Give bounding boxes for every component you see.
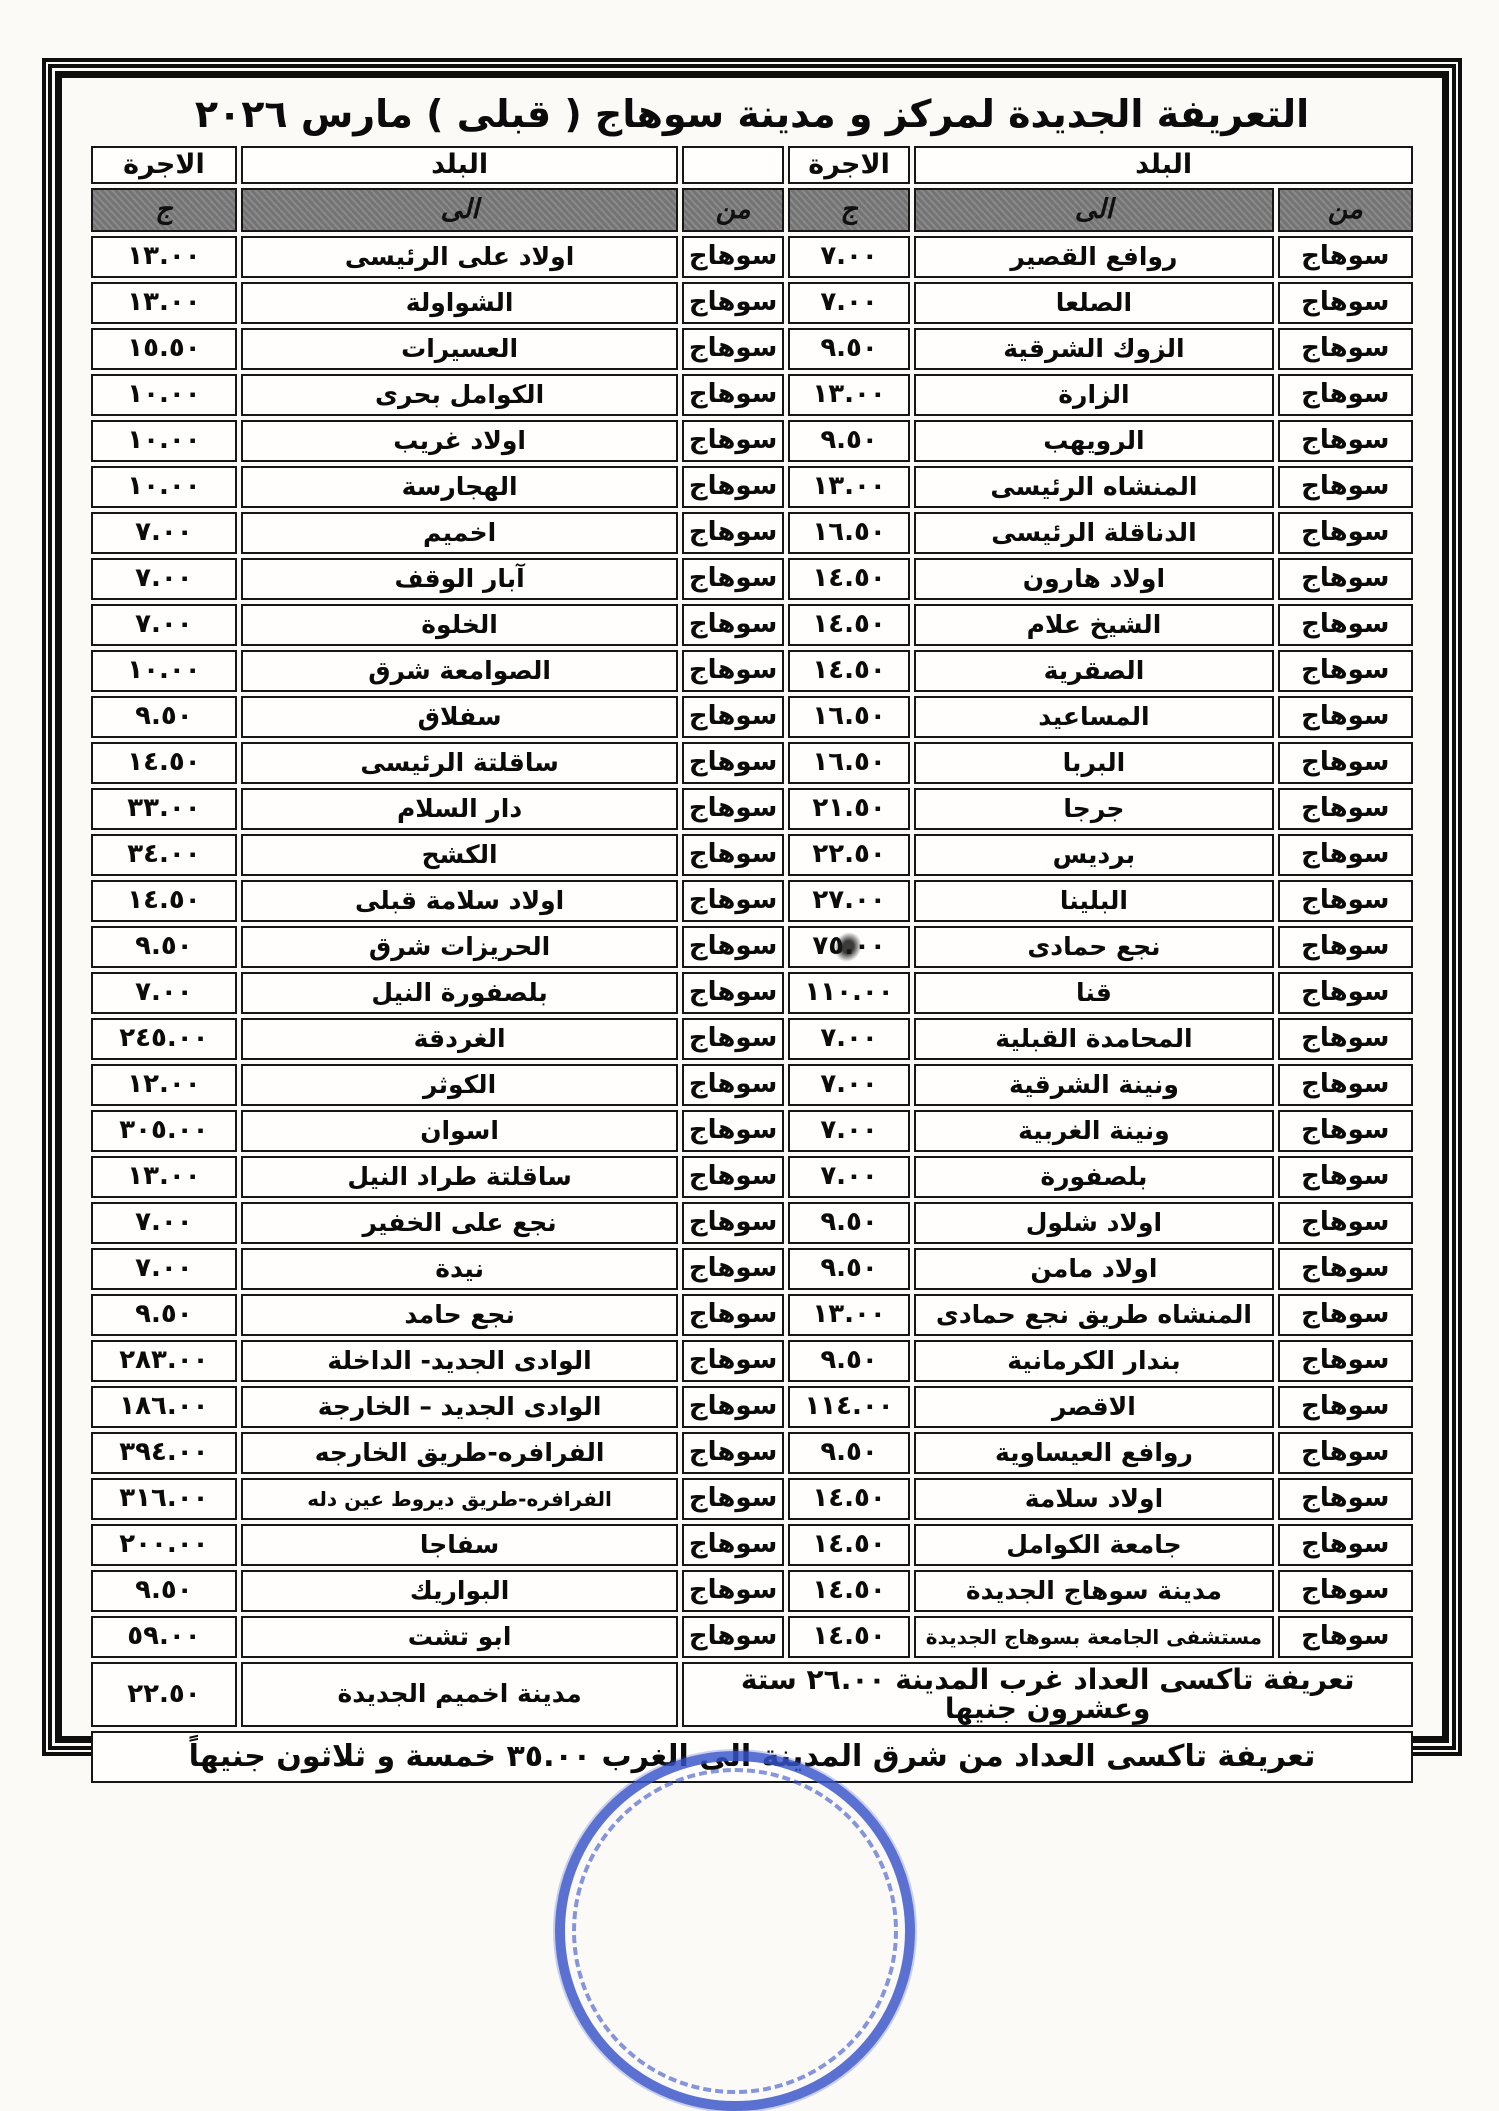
to-cell: سفلاق xyxy=(241,696,678,738)
to-cell: اسوان xyxy=(241,1110,678,1152)
fare-cell: ١٤.٥٠ xyxy=(788,558,910,600)
to-cell: اولاد على الرئيسى xyxy=(241,236,678,278)
fare-cell: ٧.٠٠ xyxy=(788,1064,910,1106)
to-cell: مستشفى الجامعة بسوهاج الجديدة xyxy=(914,1616,1273,1658)
table-row: سوهاجالاقصر١١٤.٠٠سوهاجالوادى الجديد – ال… xyxy=(91,1386,1413,1428)
west-note-row: تعريفة تاكسى العداد غرب المدينة ٢٦.٠٠ ست… xyxy=(91,1662,1413,1727)
table-row: سوهاجالصلعا٧.٠٠سوهاجالشواولة١٣.٠٠ xyxy=(91,282,1413,324)
fare-cell: ٧.٠٠ xyxy=(788,236,910,278)
table-row: سوهاجالبلينا٢٧.٠٠سوهاجاولاد سلامة قبلى١٤… xyxy=(91,880,1413,922)
from-cell: سوهاج xyxy=(682,1524,784,1566)
to-cell: اولاد غريب xyxy=(241,420,678,462)
to-cell: اولاد سلامة xyxy=(914,1478,1273,1520)
table-row: سوهاجالمحامدة القبلية٧.٠٠سوهاجالغردقة٢٤٥… xyxy=(91,1018,1413,1060)
to-cell: نجع حمادى xyxy=(914,926,1273,968)
from-cell: سوهاج xyxy=(682,1294,784,1336)
from-cell: سوهاج xyxy=(1278,1524,1413,1566)
to-column-header: الى xyxy=(241,188,678,232)
fare-cell: ٣١٦.٠٠ xyxy=(91,1478,237,1520)
country-group-header: البلد xyxy=(241,146,678,184)
from-cell: سوهاج xyxy=(1278,1386,1413,1428)
to-cell: الصلعا xyxy=(914,282,1273,324)
to-cell: الدناقلة الرئيسى xyxy=(914,512,1273,554)
fare-cell: ٧.٠٠ xyxy=(788,282,910,324)
from-cell: سوهاج xyxy=(682,1018,784,1060)
to-cell: اولاد هارون xyxy=(914,558,1273,600)
to-cell: الزارة xyxy=(914,374,1273,416)
fare-cell: ١١٤.٠٠ xyxy=(788,1386,910,1428)
header-column-row: من الى ج من الى ج xyxy=(91,188,1413,232)
fare-cell: ١٤.٥٠ xyxy=(788,604,910,646)
table-row: سوهاجونينة الشرقية٧.٠٠سوهاجالكوثر١٢.٠٠ xyxy=(91,1064,1413,1106)
table-row: سوهاجمدينة سوهاج الجديدة١٤.٥٠سوهاجالبوار… xyxy=(91,1570,1413,1612)
from-cell: سوهاج xyxy=(682,466,784,508)
from-cell: سوهاج xyxy=(1278,512,1413,554)
from-cell: سوهاج xyxy=(682,1340,784,1382)
fare-cell: ١٨٦.٠٠ xyxy=(91,1386,237,1428)
to-cell: قنا xyxy=(914,972,1273,1014)
to-cell: الاقصر xyxy=(914,1386,1273,1428)
from-cell: سوهاج xyxy=(1278,282,1413,324)
fare-cell: ٩.٥٠ xyxy=(91,1570,237,1612)
currency-column-header: ج xyxy=(788,188,910,232)
fare-cell: ٩.٥٠ xyxy=(788,1248,910,1290)
from-cell: سوهاج xyxy=(1278,1110,1413,1152)
from-cell: سوهاج xyxy=(1278,1478,1413,1520)
fare-group-header: الاجرة xyxy=(788,146,910,184)
table-row: سوهاجالمنشاه طريق نجع حمادى١٣.٠٠سوهاجنجع… xyxy=(91,1294,1413,1336)
fare-cell: ٧.٠٠ xyxy=(91,972,237,1014)
from-column-header-left xyxy=(682,146,784,184)
table-row: سوهاجالصقرية١٤.٥٠سوهاجالصوامعة شرق١٠.٠٠ xyxy=(91,650,1413,692)
from-cell: سوهاج xyxy=(1278,1018,1413,1060)
from-cell: سوهاج xyxy=(682,1156,784,1198)
to-cell: اخميم xyxy=(241,512,678,554)
scanned-tariff-page: التعريفة الجديدة لمركز و مدينة سوهاج ( ق… xyxy=(0,0,1499,1800)
from-cell: سوهاج xyxy=(1278,1156,1413,1198)
from-cell: سوهاج xyxy=(682,880,784,922)
from-cell: سوهاج xyxy=(1278,1202,1413,1244)
to-cell: الكوامل بحرى xyxy=(241,374,678,416)
to-cell: اولاد سلامة قبلى xyxy=(241,880,678,922)
fare-cell: ١٠.٠٠ xyxy=(91,466,237,508)
to-cell: مدينة سوهاج الجديدة xyxy=(914,1570,1273,1612)
fare-cell: ٢٢.٥٠ xyxy=(788,834,910,876)
table-row: سوهاجاولاد مامن٩.٥٠سوهاجنيدة٧.٠٠ xyxy=(91,1248,1413,1290)
table-row: سوهاجاولاد شلول٩.٥٠سوهاجنجع على الخفير٧.… xyxy=(91,1202,1413,1244)
table-row: سوهاجالرويهب٩.٥٠سوهاجاولاد غريب١٠.٠٠ xyxy=(91,420,1413,462)
fare-cell: ١٤.٥٠ xyxy=(91,880,237,922)
fare-group-header: الاجرة xyxy=(91,146,237,184)
to-cell: الفرافره-طريق الخارجه xyxy=(241,1432,678,1474)
from-cell: سوهاج xyxy=(682,328,784,370)
page-title: التعريفة الجديدة لمركز و مدينة سوهاج ( ق… xyxy=(62,92,1442,136)
fare-cell: ٣٠٥.٠٠ xyxy=(91,1110,237,1152)
fare-cell: ٢٨٣.٠٠ xyxy=(91,1340,237,1382)
fare-cell: ١٦.٥٠ xyxy=(788,742,910,784)
from-column-header: من xyxy=(1278,188,1413,232)
fare-cell: ١٤.٥٠ xyxy=(788,1570,910,1612)
from-cell: سوهاج xyxy=(682,1432,784,1474)
to-cell: بلصفورة النيل xyxy=(241,972,678,1014)
table-row: سوهاجونينة الغربية٧.٠٠سوهاجاسوان٣٠٥.٠٠ xyxy=(91,1110,1413,1152)
to-cell: جرجا xyxy=(914,788,1273,830)
header-group-row: البلد الاجرة البلد الاجرة xyxy=(91,146,1413,184)
fare-cell: ٣٣.٠٠ xyxy=(91,788,237,830)
from-cell: سوهاج xyxy=(682,604,784,646)
fare-cell: ٧.٠٠ xyxy=(788,1110,910,1152)
table-body: سوهاجروافع القصير٧.٠٠سوهاجاولاد على الرئ… xyxy=(91,236,1413,1658)
to-cell: الصقرية xyxy=(914,650,1273,692)
from-cell: سوهاج xyxy=(1278,696,1413,738)
to-cell: آبار الوقف xyxy=(241,558,678,600)
fare-cell: ٢٢.٥٠ xyxy=(91,1662,237,1727)
from-cell: سوهاج xyxy=(1278,650,1413,692)
table-row: سوهاجاولاد سلامة١٤.٥٠سوهاجالفرافره-طريق … xyxy=(91,1478,1413,1520)
fare-cell: ٥٩.٠٠ xyxy=(91,1616,237,1658)
from-cell: سوهاج xyxy=(1278,742,1413,784)
table-row: سوهاجبرديس٢٢.٥٠سوهاجالكشح٣٤.٠٠ xyxy=(91,834,1413,876)
table-row: سوهاجالزارة١٣.٠٠سوهاجالكوامل بحرى١٠.٠٠ xyxy=(91,374,1413,416)
table-row: سوهاجالدناقلة الرئيسى١٦.٥٠سوهاجاخميم٧.٠٠ xyxy=(91,512,1413,554)
to-cell: نجع حامد xyxy=(241,1294,678,1336)
to-cell: الرويهب xyxy=(914,420,1273,462)
currency-column-header: ج xyxy=(91,188,237,232)
fare-cell: ٩.٥٠ xyxy=(788,1202,910,1244)
from-cell: سوهاج xyxy=(1278,328,1413,370)
from-cell: سوهاج xyxy=(682,512,784,554)
to-cell: برديس xyxy=(914,834,1273,876)
fare-cell: ٧.٠٠ xyxy=(91,512,237,554)
to-cell: المحامدة القبلية xyxy=(914,1018,1273,1060)
fare-cell: ٢٤٥.٠٠ xyxy=(91,1018,237,1060)
from-cell: سوهاج xyxy=(1278,466,1413,508)
from-cell: سوهاج xyxy=(1278,834,1413,876)
from-cell: سوهاج xyxy=(682,1202,784,1244)
fare-cell: ١٤.٥٠ xyxy=(788,1524,910,1566)
to-cell: الشواولة xyxy=(241,282,678,324)
from-cell: سوهاج xyxy=(682,788,784,830)
table-row: سوهاجالشيخ علام١٤.٥٠سوهاجالخلوة٧.٠٠ xyxy=(91,604,1413,646)
from-cell: سوهاج xyxy=(682,1616,784,1658)
to-cell: الهجارسة xyxy=(241,466,678,508)
to-cell: روافع العيساوية xyxy=(914,1432,1273,1474)
from-cell: سوهاج xyxy=(682,1248,784,1290)
table-row: سوهاجالمساعيد١٦.٥٠سوهاجسفلاق٩.٥٠ xyxy=(91,696,1413,738)
fare-cell: ١٤.٥٠ xyxy=(91,742,237,784)
fare-cell: ٣٩٤.٠٠ xyxy=(91,1432,237,1474)
from-cell: سوهاج xyxy=(1278,420,1413,462)
from-cell: سوهاج xyxy=(1278,926,1413,968)
fare-cell: ١٠.٠٠ xyxy=(91,650,237,692)
to-cell: المنشاه طريق نجع حمادى xyxy=(914,1294,1273,1336)
from-cell: سوهاج xyxy=(1278,1616,1413,1658)
from-cell: سوهاج xyxy=(682,236,784,278)
table-row: سوهاجالبربا١٦.٥٠سوهاجساقلتة الرئيسى١٤.٥٠ xyxy=(91,742,1413,784)
from-cell: سوهاج xyxy=(682,696,784,738)
to-cell: ابو تشت xyxy=(241,1616,678,1658)
fare-cell: ١٤.٥٠ xyxy=(788,1616,910,1658)
to-cell: مدينة اخميم الجديدة xyxy=(241,1662,678,1727)
to-cell: نيدة xyxy=(241,1248,678,1290)
to-cell: المنشاه الرئيسى xyxy=(914,466,1273,508)
to-cell: ساقلتة الرئيسى xyxy=(241,742,678,784)
fare-cell: ١٤.٥٠ xyxy=(788,650,910,692)
to-cell: دار السلام xyxy=(241,788,678,830)
to-cell: بلصفورة xyxy=(914,1156,1273,1198)
to-cell: الكشح xyxy=(241,834,678,876)
fare-cell: ١٣.٠٠ xyxy=(91,236,237,278)
fare-cell: ٩.٥٠ xyxy=(91,696,237,738)
to-cell: بندار الكرمانية xyxy=(914,1340,1273,1382)
fare-cell: ١٦.٥٠ xyxy=(788,696,910,738)
fare-cell: ٢١.٥٠ xyxy=(788,788,910,830)
fare-cell: ٩.٥٠ xyxy=(788,328,910,370)
fare-cell: ٢٧.٠٠ xyxy=(788,880,910,922)
to-cell: الوادى الجديد- الداخلة xyxy=(241,1340,678,1382)
table-row: سوهاجقنا١١٠.٠٠سوهاجبلصفورة النيل٧.٠٠ xyxy=(91,972,1413,1014)
table-row: سوهاججرجا٢١.٥٠سوهاجدار السلام٣٣.٠٠ xyxy=(91,788,1413,830)
fare-cell: ١١٠.٠٠ xyxy=(788,972,910,1014)
fare-cell: ٧.٠٠ xyxy=(788,1018,910,1060)
fare-cell: ١٣.٠٠ xyxy=(91,1156,237,1198)
fare-cell: ٩.٥٠ xyxy=(788,1340,910,1382)
from-column-header: من xyxy=(682,188,784,232)
from-cell: سوهاج xyxy=(682,1064,784,1106)
to-cell: الكوثر xyxy=(241,1064,678,1106)
fare-cell: ٩.٥٠ xyxy=(91,1294,237,1336)
fare-cell: ١٢.٠٠ xyxy=(91,1064,237,1106)
fare-cell: ١٠.٠٠ xyxy=(91,374,237,416)
from-cell: سوهاج xyxy=(1278,1340,1413,1382)
from-cell: سوهاج xyxy=(1278,1294,1413,1336)
from-cell: سوهاج xyxy=(1278,558,1413,600)
from-cell: سوهاج xyxy=(682,1386,784,1428)
from-cell: سوهاج xyxy=(1278,788,1413,830)
from-cell: سوهاج xyxy=(682,834,784,876)
from-cell: سوهاج xyxy=(1278,972,1413,1014)
from-cell: سوهاج xyxy=(682,558,784,600)
to-cell: الحريزات شرق xyxy=(241,926,678,968)
fare-cell: ٢٠٠.٠٠ xyxy=(91,1524,237,1566)
to-cell: العسيرات xyxy=(241,328,678,370)
from-cell: سوهاج xyxy=(682,972,784,1014)
table-row: سوهاجمستشفى الجامعة بسوهاج الجديدة١٤.٥٠س… xyxy=(91,1616,1413,1658)
to-cell: ساقلتة طراد النيل xyxy=(241,1156,678,1198)
to-cell: روافع القصير xyxy=(914,236,1273,278)
to-cell: الصوامعة شرق xyxy=(241,650,678,692)
from-cell: سوهاج xyxy=(682,650,784,692)
table-row: سوهاجروافع القصير٧.٠٠سوهاجاولاد على الرئ… xyxy=(91,236,1413,278)
to-cell: الغردقة xyxy=(241,1018,678,1060)
table-row: سوهاجروافع العيساوية٩.٥٠سوهاجالفرافره-طر… xyxy=(91,1432,1413,1474)
to-cell: نجع على الخفير xyxy=(241,1202,678,1244)
fare-cell: ١٣.٠٠ xyxy=(788,466,910,508)
to-cell: ونينة الغربية xyxy=(914,1110,1273,1152)
to-cell: المساعيد xyxy=(914,696,1273,738)
fare-cell: ١٥.٥٠ xyxy=(91,328,237,370)
table-row: سوهاجبلصفورة٧.٠٠سوهاجساقلتة طراد النيل١٣… xyxy=(91,1156,1413,1198)
to-cell: سفاجا xyxy=(241,1524,678,1566)
from-cell: سوهاج xyxy=(1278,1570,1413,1612)
to-cell: الوادى الجديد – الخارجة xyxy=(241,1386,678,1428)
fare-cell: ١٣.٠٠ xyxy=(788,374,910,416)
from-cell: سوهاج xyxy=(682,926,784,968)
fare-cell: ١٠.٠٠ xyxy=(91,420,237,462)
table-row: سوهاججامعة الكوامل١٤.٥٠سوهاجسفاجا٢٠٠.٠٠ xyxy=(91,1524,1413,1566)
from-cell: سوهاج xyxy=(682,742,784,784)
fare-cell: ١٤.٥٠ xyxy=(788,1478,910,1520)
from-cell: سوهاج xyxy=(682,282,784,324)
fare-cell: ١٣.٠٠ xyxy=(91,282,237,324)
fare-cell: ٩.٥٠ xyxy=(788,420,910,462)
table-row: سوهاجالمنشاه الرئيسى١٣.٠٠سوهاجالهجارسة١٠… xyxy=(91,466,1413,508)
fare-cell: ٧.٠٠ xyxy=(91,1248,237,1290)
fare-cell: ٣٤.٠٠ xyxy=(91,834,237,876)
from-cell: سوهاج xyxy=(682,374,784,416)
fare-cell: ٩.٥٠ xyxy=(91,926,237,968)
to-cell: البربا xyxy=(914,742,1273,784)
to-cell: اولاد شلول xyxy=(914,1202,1273,1244)
to-cell: الشيخ علام xyxy=(914,604,1273,646)
from-cell: سوهاج xyxy=(682,1478,784,1520)
tariff-table: البلد الاجرة البلد الاجرة من الى ج من ال… xyxy=(87,142,1417,1787)
to-cell: الزوك الشرقية xyxy=(914,328,1273,370)
from-cell: سوهاج xyxy=(682,1570,784,1612)
from-cell: سوهاج xyxy=(1278,1064,1413,1106)
fare-cell: ١٦.٥٠ xyxy=(788,512,910,554)
page-border-frame: التعريفة الجديدة لمركز و مدينة سوهاج ( ق… xyxy=(42,58,1462,1756)
to-cell: الخلوة xyxy=(241,604,678,646)
to-cell: الفرافره-طريق ديروط عين دله xyxy=(241,1478,678,1520)
from-cell: سوهاج xyxy=(682,420,784,462)
from-cell: سوهاج xyxy=(1278,880,1413,922)
table-row: سوهاجبندار الكرمانية٩.٥٠سوهاجالوادى الجد… xyxy=(91,1340,1413,1382)
fare-cell: ٧.٠٠ xyxy=(788,1156,910,1198)
to-column-header: الى xyxy=(914,188,1273,232)
from-cell: سوهاج xyxy=(1278,604,1413,646)
to-cell: البلينا xyxy=(914,880,1273,922)
fare-cell: ٧.٠٠ xyxy=(91,1202,237,1244)
to-cell: ونينة الشرقية xyxy=(914,1064,1273,1106)
from-cell: سوهاج xyxy=(1278,1248,1413,1290)
from-cell: سوهاج xyxy=(1278,1432,1413,1474)
fare-cell: ١٣.٠٠ xyxy=(788,1294,910,1336)
fare-cell: ٧٥.٠٠ xyxy=(788,926,910,968)
west-meter-note: تعريفة تاكسى العداد غرب المدينة ٢٦.٠٠ ست… xyxy=(682,1662,1413,1727)
from-cell: سوهاج xyxy=(1278,236,1413,278)
from-cell: سوهاج xyxy=(682,1110,784,1152)
table-row: سوهاجالزوك الشرقية٩.٥٠سوهاجالعسيرات١٥.٥٠ xyxy=(91,328,1413,370)
table-row: سوهاجنجع حمادى٧٥.٠٠سوهاجالحريزات شرق٩.٥٠ xyxy=(91,926,1413,968)
fare-cell: ٩.٥٠ xyxy=(788,1432,910,1474)
table-row: سوهاجاولاد هارون١٤.٥٠سوهاجآبار الوقف٧.٠٠ xyxy=(91,558,1413,600)
country-group-header: البلد xyxy=(914,146,1413,184)
fare-cell: ٧.٠٠ xyxy=(91,604,237,646)
to-cell: جامعة الكوامل xyxy=(914,1524,1273,1566)
to-cell: اولاد مامن xyxy=(914,1248,1273,1290)
to-cell: البواريك xyxy=(241,1570,678,1612)
fare-cell: ٧.٠٠ xyxy=(91,558,237,600)
from-cell: سوهاج xyxy=(1278,374,1413,416)
